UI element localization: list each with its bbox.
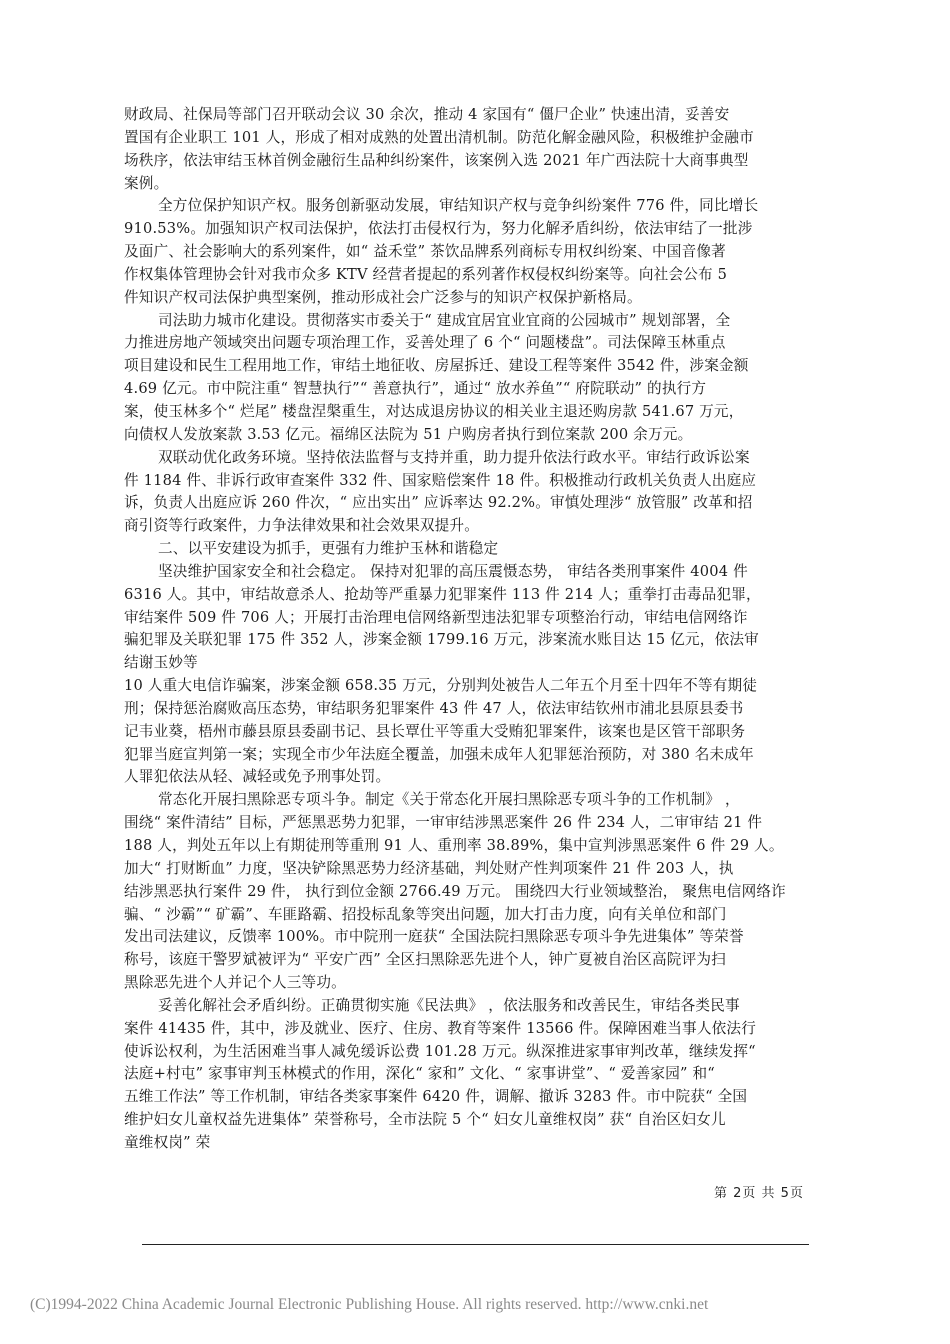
- text-line: 结谢玉妙等: [124, 652, 829, 675]
- text-line: 维护妇女儿童权益先进集体” 荣誉称号，全市法院 5 个“ 妇女儿童维权岗” 获“…: [124, 1109, 829, 1132]
- text-line: 法庭+村屯” 家事审判玉林模式的作用，深化“ 家和” 文化、“ 家事讲堂”、“ …: [124, 1063, 829, 1086]
- text-line: 刑；保持惩治腐败高压态势，审结职务犯罪案件 43 件 47 人，依法审结钦州市浦…: [124, 698, 829, 721]
- text-line: 场秩序，依法审结玉林首例金融衍生品种纠纷案件，该案例入选 2021 年广西法院十…: [124, 150, 829, 173]
- page-number: 第 2页 共 5页: [714, 1182, 804, 1201]
- text-line: 4.69 亿元。市中院注重“ 智慧执行”“ 善意执行”，通过“ 放水养鱼”“ 府…: [124, 378, 829, 401]
- text-line: 童维权岗” 荣: [124, 1132, 829, 1155]
- text-line: 称号，该庭干警罗斌被评为“ 平安广西” 全区扫黑除恶先进个人，钟广夏被自治区高院…: [124, 949, 829, 972]
- paragraph: 全方位保护知识产权。服务创新驱动发展，审结知识产权与竞争纠纷案件 776 件，同…: [124, 195, 829, 309]
- paragraph: 二、以平安建设为抓手，更强有力维护玉林和谐稳定: [124, 538, 829, 561]
- text-line: 双联动优化政务环境。坚持依法监督与支持并重，助力提升依法行政水平。审结行政诉讼案: [124, 447, 829, 470]
- text-line: 项目建设和民生工程用地工作，审结土地征收、房屋拆迁、建设工程等案件 3542 件…: [124, 355, 829, 378]
- paragraph: 常态化开展扫黑除恶专项斗争。制定《关于常态化开展扫黑除恶专项斗争的工作机制》 ，…: [124, 789, 829, 995]
- text-line: 坚决维护国家安全和社会稳定。 保持对犯罪的高压震慑态势， 审结各类刑事案件 40…: [124, 561, 829, 584]
- text-line: 置国有企业职工 101 人，形成了相对成熟的处置出清机制。防范化解金融风险，积极…: [124, 127, 829, 150]
- text-line: 件 1184 件、非诉行政审查案件 332 件、国家赔偿案件 18 件。积极推动…: [124, 470, 829, 493]
- text-line: 及面广、社会影响大的系列案件，如“ 益禾堂” 茶饮品牌系列商标专用权纠纷案、中国…: [124, 241, 829, 264]
- text-line: 骗、“ 沙霸”“ 矿霸”、车匪路霸、招投标乱象等突出问题，加大打击力度，向有关单…: [124, 904, 829, 927]
- text-line: 910.53%。加强知识产权司法保护，依法打击侵权行为，努力化解矛盾纠纷，依法审…: [124, 218, 829, 241]
- paragraph: 双联动优化政务环境。坚持依法监督与支持并重，助力提升依法行政水平。审结行政诉讼案…: [124, 447, 829, 538]
- text-line: 案，使玉林多个“ 烂尾” 楼盘涅槃重生，对达成退房协议的相关业主退还购房款 54…: [124, 401, 829, 424]
- document-body: 财政局、社保局等部门召开联动会议 30 余次，推动 4 家国有“ 僵尸企业” 快…: [124, 104, 829, 1155]
- document-page: 财政局、社保局等部门召开联动会议 30 余次，推动 4 家国有“ 僵尸企业” 快…: [0, 0, 950, 1344]
- paragraph: 坚决维护国家安全和社会稳定。 保持对犯罪的高压震慑态势， 审结各类刑事案件 40…: [124, 561, 829, 789]
- copyright-notice: (C)1994-2022 China Academic Journal Elec…: [30, 1296, 708, 1314]
- text-line: 黑除恶先进个人并记个人三等功。: [124, 972, 829, 995]
- text-line: 骗犯罪及关联犯罪 175 件 352 人，涉案金额 1799.16 万元，涉案流…: [124, 629, 829, 652]
- text-line: 犯罪当庭宣判第一案；实现全市少年法庭全覆盖，加强未成年人犯罪惩治预防，对 380…: [124, 744, 829, 767]
- text-line: 围绕“ 案件清结” 目标，严惩黑恶势力犯罪，一审审结涉黑恶案件 26 件 234…: [124, 812, 829, 835]
- text-line: 全方位保护知识产权。服务创新驱动发展，审结知识产权与竞争纠纷案件 776 件，同…: [124, 195, 829, 218]
- text-line: 向债权人发放案款 3.53 亿元。福绵区法院为 51 户购房者执行到位案款 20…: [124, 424, 829, 447]
- text-line: 6316 人。其中，审结故意杀人、抢劫等严重暴力犯罪案件 113 件 214 人…: [124, 584, 829, 607]
- text-line: 件知识产权司法保护典型案例，推动形成社会广泛参与的知识产权保护新格局。: [124, 287, 829, 310]
- text-line: 二、以平安建设为抓手，更强有力维护玉林和谐稳定: [124, 538, 829, 561]
- text-line: 记韦业葵，梧州市藤县原县委副书记、县长覃仕平等重大受贿犯罪案件，该案也是区管干部…: [124, 721, 829, 744]
- text-line: 诉，负责人出庭应诉 260 件次，“ 应出实出” 应诉率达 92.2%。审慎处理…: [124, 492, 829, 515]
- text-line: 财政局、社保局等部门召开联动会议 30 余次，推动 4 家国有“ 僵尸企业” 快…: [124, 104, 829, 127]
- paragraph: 妥善化解社会矛盾纠纷。正确贯彻实施《民法典》 ，依法服务和改善民生，审结各类民事…: [124, 995, 829, 1155]
- text-line: 使诉讼权利，为生活困难当事人减免缓诉讼费 101.28 万元。纵深推进家事审判改…: [124, 1041, 829, 1064]
- text-line: 人罪犯依法从轻、减轻或免予刑事处罚。: [124, 766, 829, 789]
- text-line: 审结案件 509 件 706 人；开展打击治理电信网络新型违法犯罪专项整治行动，…: [124, 607, 829, 630]
- text-line: 案例。: [124, 173, 829, 196]
- text-line: 妥善化解社会矛盾纠纷。正确贯彻实施《民法典》 ，依法服务和改善民生，审结各类民事: [124, 995, 829, 1018]
- footer-divider: [142, 1244, 809, 1245]
- text-line: 188 人，判处五年以上有期徒刑等重刑 91 人、重刑率 38.89%，集中宣判…: [124, 835, 829, 858]
- text-line: 10 人重大电信诈骗案，涉案金额 658.35 万元，分别判处被告人二年五个月至…: [124, 675, 829, 698]
- text-line: 五维工作法” 等工作机制，审结各类家事案件 6420 件，调解、撤诉 3283 …: [124, 1086, 829, 1109]
- text-line: 常态化开展扫黑除恶专项斗争。制定《关于常态化开展扫黑除恶专项斗争的工作机制》 ，: [124, 789, 829, 812]
- text-line: 司法助力城市化建设。贯彻落实市委关于“ 建成宜居宜业宜商的公园城市” 规划部署，…: [124, 310, 829, 333]
- text-line: 案件 41435 件，其中，涉及就业、医疗、住房、教育等案件 13566 件。保…: [124, 1018, 829, 1041]
- text-line: 发出司法建议，反馈率 100%。市中院刑一庭获“ 全国法院扫黑除恶专项斗争先进集…: [124, 926, 829, 949]
- paragraph: 财政局、社保局等部门召开联动会议 30 余次，推动 4 家国有“ 僵尸企业” 快…: [124, 104, 829, 195]
- paragraph: 司法助力城市化建设。贯彻落实市委关于“ 建成宜居宜业宜商的公园城市” 规划部署，…: [124, 310, 829, 447]
- text-line: 商引资等行政案件，力争法律效果和社会效果双提升。: [124, 515, 829, 538]
- text-line: 作权集体管理协会针对我市众多 KTV 经营者提起的系列著作权侵权纠纷案等。向社会…: [124, 264, 829, 287]
- text-line: 加大“ 打财断血” 力度，坚决铲除黑恶势力经济基础，判处财产性判项案件 21 件…: [124, 858, 829, 881]
- text-line: 结涉黑恶执行案件 29 件， 执行到位金额 2766.49 万元。 围绕四大行业…: [124, 881, 829, 904]
- text-line: 力推进房地产领域突出问题专项治理工作，妥善处理了 6 个“ 问题楼盘”。司法保障…: [124, 332, 829, 355]
